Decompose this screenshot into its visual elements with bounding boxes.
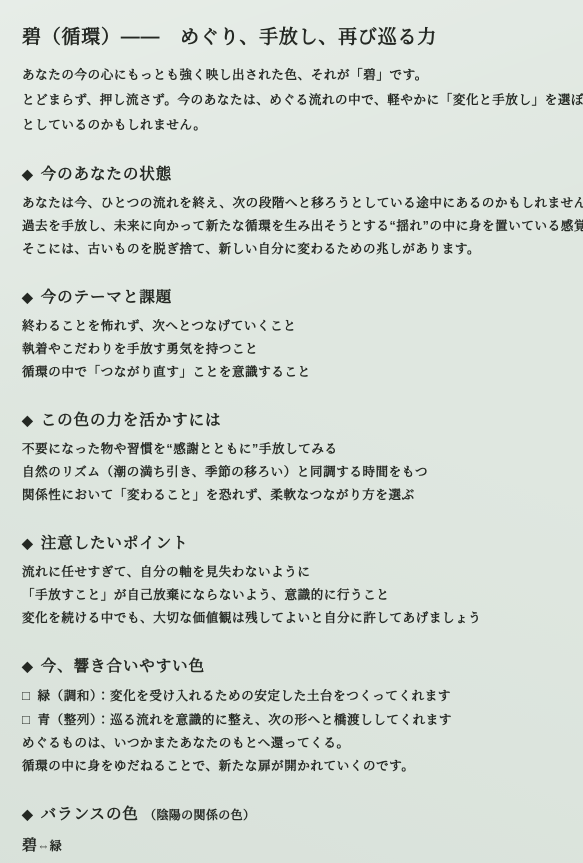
section-resonant-colors: ◆今、響き合いやすい色 □緑（調和）：変化を受け入れるための安定した土台をつくっ… <box>22 656 561 778</box>
section-color-power: ◆この色の力を活かすには 不要になった物や習慣を“感謝とともに”手放してみる 自… <box>22 410 561 507</box>
diamond-bullet-icon: ◆ <box>22 412 34 428</box>
diamond-bullet-icon: ◆ <box>22 535 34 551</box>
diamond-bullet-icon: ◆ <box>22 658 34 674</box>
intro-line: とどまらず、押し流さず。今のあなたは、めぐる流れの中で、軽やかに「変化と手放し」… <box>22 88 561 113</box>
checkbox-icon: □ <box>22 712 30 727</box>
balance-color-right: 緑 <box>50 839 62 853</box>
body-line: 変化を続ける中でも、大切な価値観は残してよいと自分に許してあげましょう <box>22 607 561 630</box>
section-heading: ◆バランスの色 （陰陽の関係の色） <box>22 804 561 825</box>
section-heading-text: 今、響き合いやすい色 <box>41 658 205 675</box>
resonant-color-item: □緑（調和）：変化を受け入れるための安定した土台をつくってくれます <box>22 684 561 708</box>
section-heading-text: この色の力を活かすには <box>41 412 222 429</box>
body-line: 過去を手放し、未来に向かって新たな循環を生み出そうとする“揺れ”の中に身を置いて… <box>22 215 561 238</box>
body-line: 自然のリズム（潮の満ち引き、季節の移ろい）と同調する時間をもつ <box>22 461 561 484</box>
body-line: 不要になった物や習慣を“感謝とともに”手放してみる <box>22 438 561 461</box>
section-caution-points: ◆注意したいポイント 流れに任せすぎて、自分の軸を見失わないように 「手放すこと… <box>22 533 561 630</box>
checkbox-icon: □ <box>22 688 30 703</box>
body-line: 「手放すこと」が自己放棄にならないよう、意識的に行うこと <box>22 584 561 607</box>
body-line: あなたは今、ひとつの流れを終え、次の段階へと移ろうとしている途中にあるのかもしれ… <box>22 192 561 215</box>
diamond-bullet-icon: ◆ <box>22 806 34 822</box>
body-line: 循環の中で「つながり直す」ことを意識すること <box>22 361 561 384</box>
section-heading: ◆注意したいポイント <box>22 533 561 554</box>
balance-color-left: 碧 <box>22 837 37 854</box>
bidirectional-arrow-icon: ⇔ <box>37 839 49 853</box>
section-heading: ◆今のあなたの状態 <box>22 164 561 185</box>
resonant-color-text: 緑（調和）：変化を受け入れるための安定した土台をつくってくれます <box>37 689 451 703</box>
section-heading-text: 注意したいポイント <box>41 535 189 552</box>
section-heading-note: （陰陽の関係の色） <box>144 808 255 822</box>
diamond-bullet-icon: ◆ <box>22 289 34 305</box>
body-line: 関係性において「変わること」を恐れず、柔軟なつながり方を選ぶ <box>22 484 561 507</box>
section-heading-text: 今のテーマと課題 <box>41 289 172 306</box>
intro-line: あなたの今の心にもっとも強く映し出された色、それが「碧」です。 <box>22 63 561 88</box>
section-heading: ◆今、響き合いやすい色 <box>22 656 561 677</box>
section-themes: ◆今のテーマと課題 終わることを怖れず、次へとつなげていくこと 執着やこだわりを… <box>22 287 561 384</box>
body-line: 終わることを怖れず、次へとつなげていくこと <box>22 315 561 338</box>
diamond-bullet-icon: ◆ <box>22 166 34 182</box>
resonant-color-item: □青（整列）：巡る流れを意識的に整え、次の形へと橋渡ししてくれます <box>22 708 561 732</box>
section-heading: ◆この色の力を活かすには <box>22 410 561 431</box>
balance-color-pair: 碧⇔緑 <box>22 834 561 855</box>
resonant-color-text: 青（整列）：巡る流れを意識的に整え、次の形へと橋渡ししてくれます <box>37 713 452 727</box>
section-current-state: ◆今のあなたの状態 あなたは今、ひとつの流れを終え、次の段階へと移ろうとしている… <box>22 164 561 261</box>
intro-line: としているのかもしれません。 <box>22 113 561 138</box>
section-heading-text: バランスの色 <box>41 806 139 823</box>
body-line: そこには、古いものを脱ぎ捨て、新しい自分に変わるための兆しがあります。 <box>22 238 561 261</box>
body-line: 執着やこだわりを手放す勇気を持つこと <box>22 338 561 361</box>
body-line: 循環の中に身をゆだねることで、新たな扉が開かれていくのです。 <box>22 755 561 778</box>
section-heading: ◆今のテーマと課題 <box>22 287 561 308</box>
body-line: めぐるものは、いつかまたあなたのもとへ還ってくる。 <box>22 732 561 755</box>
section-heading-text: 今のあなたの状態 <box>41 166 172 183</box>
section-balance-color: ◆バランスの色 （陰陽の関係の色） 碧⇔緑 <box>22 804 561 855</box>
intro-paragraph: あなたの今の心にもっとも強く映し出された色、それが「碧」です。 とどまらず、押し… <box>22 63 561 138</box>
body-line: 流れに任せすぎて、自分の軸を見失わないように <box>22 561 561 584</box>
page-title: 碧（循環）—— めぐり、手放し、再び巡る力 <box>22 26 561 50</box>
document-page: 碧（循環）—— めぐり、手放し、再び巡る力 あなたの今の心にもっとも強く映し出さ… <box>0 0 583 855</box>
